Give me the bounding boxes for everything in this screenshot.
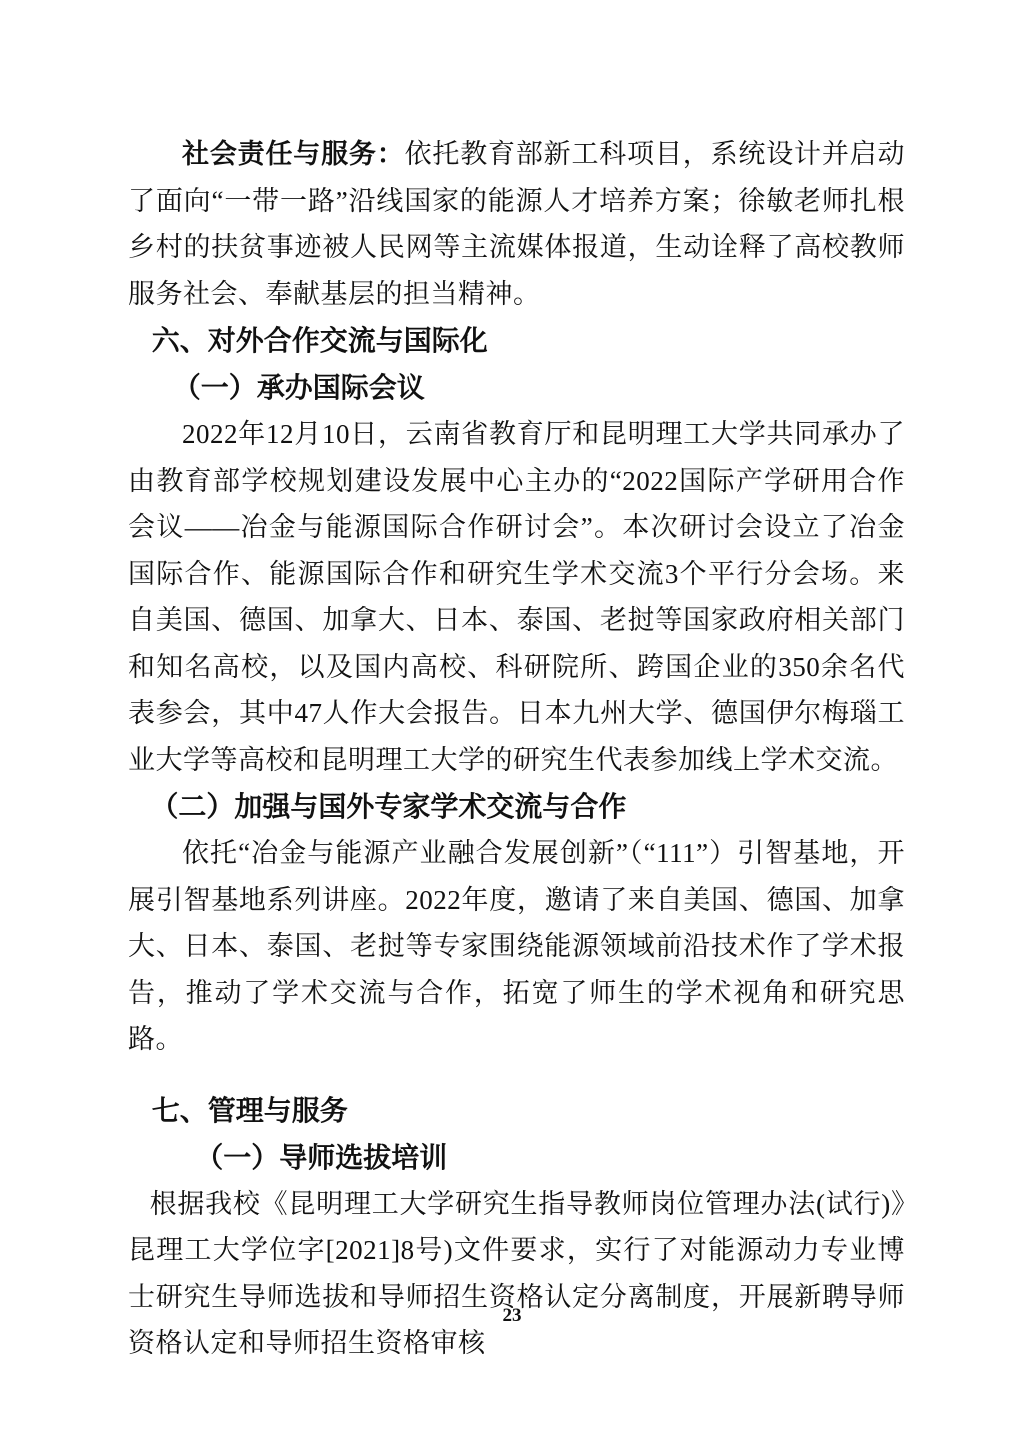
section-7-sub-1-heading: （一）导师选拔培训 xyxy=(128,1134,905,1181)
section-6-sub-2-heading: （二）加强与国外专家学术交流与合作 xyxy=(128,783,905,830)
paragraph-lead-social-responsibility: 社会责任与服务： xyxy=(182,139,405,169)
page-content: 社会责任与服务：依托教育部新工科项目，系统设计并启动了面向“一带一路”沿线国家的… xyxy=(128,0,905,1367)
section-6-sub-1-heading: （一）承办国际会议 xyxy=(128,364,905,411)
page-number: 23 xyxy=(0,1305,1024,1327)
paragraph-social-responsibility: 社会责任与服务：依托教育部新工科项目，系统设计并启动了面向“一带一路”沿线国家的… xyxy=(128,131,905,317)
paragraph-expert-exchange: 依托“冶金与能源产业融合发展创新”（“111”）引智基地，开展引智基地系列讲座。… xyxy=(128,830,905,1063)
document-page: 社会责任与服务：依托教育部新工科项目，系统设计并启动了面向“一带一路”沿线国家的… xyxy=(0,0,1024,1447)
paragraph-international-conference: 2022年12月10日，云南省教育厅和昆明理工大学共同承办了由教育部学校规划建设… xyxy=(128,411,905,783)
paragraph-supervisor-selection: 根据我校《昆明理工大学研究生指导教师岗位管理办法(试行)》昆理工大学位字[202… xyxy=(128,1181,905,1367)
section-6-heading: 六、对外合作交流与国际化 xyxy=(128,317,905,364)
section-7-heading: 七、管理与服务 xyxy=(128,1087,905,1134)
